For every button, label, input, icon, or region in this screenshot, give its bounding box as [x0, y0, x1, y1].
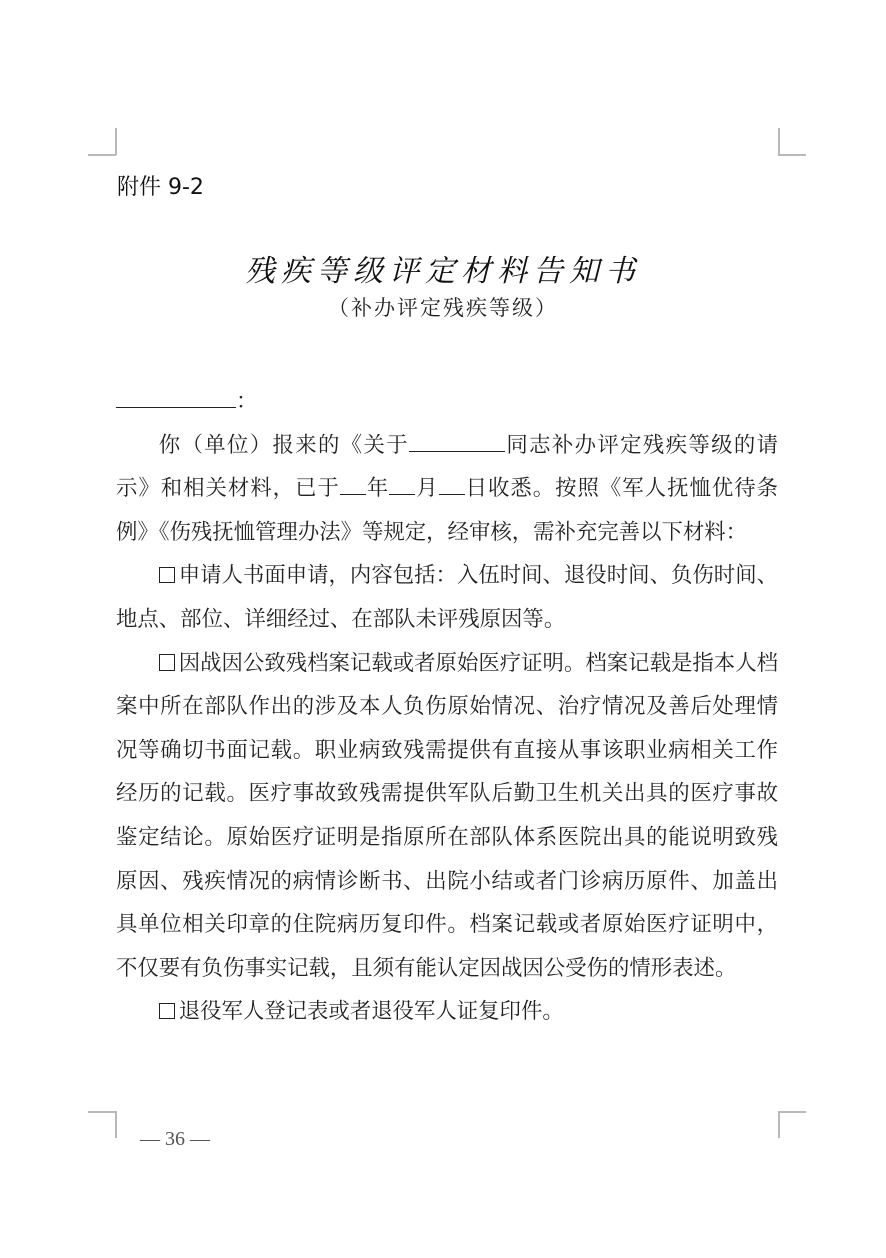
checklist-item: 申请人书面申请，内容包括：入伍时间、退役时间、负伤时间、地点、部位、详细经过、在… [116, 554, 778, 641]
page-number: — 36 — [140, 1128, 210, 1151]
intro-paragraph: 你（单位）报来的《关于同志补办评定残疾等级的请示》和相关材料，已于年月日收悉。按… [116, 424, 778, 555]
checklist-item: 退役军人登记表或者退役军人证复印件。 [116, 990, 778, 1034]
checklist-item-text: 退役军人登记表或者退役军人证复印件。 [179, 999, 564, 1024]
name-blank[interactable] [409, 429, 505, 451]
checkbox-icon[interactable] [159, 567, 176, 584]
document-subtitle: （补办评定残疾等级） [0, 292, 886, 322]
document-body: ： 你（单位）报来的《关于同志补办评定残疾等级的请示》和相关材料，已于年月日收悉… [116, 380, 778, 1034]
year-blank[interactable] [340, 473, 366, 495]
month-blank[interactable] [389, 473, 415, 495]
month-label: 月 [415, 476, 438, 501]
crop-mark-bottom-left-v [115, 1111, 117, 1138]
crop-mark-top-left-v [115, 128, 117, 155]
crop-mark-bottom-right-h [778, 1111, 806, 1113]
day-blank[interactable] [439, 473, 465, 495]
checkbox-icon[interactable] [159, 1003, 176, 1020]
year-label: 年 [366, 476, 389, 501]
salutation-colon: ： [236, 389, 257, 414]
crop-mark-bottom-right-v [778, 1111, 780, 1138]
checkbox-icon[interactable] [159, 654, 176, 671]
intro-text-1: 你（单位）报来的《关于 [159, 433, 409, 458]
recipient-blank[interactable] [116, 386, 236, 408]
salutation: ： [116, 380, 778, 424]
checklist-item-text: 申请人书面申请，内容包括：入伍时间、退役时间、负伤时间、地点、部位、详细经过、在… [116, 563, 778, 632]
checklist-item-text: 因战因公致残档案记载或者原始医疗证明。档案记载是指本人档案中所在部队作出的涉及本… [116, 651, 778, 981]
checklist-item: 因战因公致残档案记载或者原始医疗证明。档案记载是指本人档案中所在部队作出的涉及本… [116, 642, 778, 991]
crop-mark-bottom-left-h [88, 1111, 116, 1113]
crop-mark-top-right-h [778, 154, 806, 156]
attachment-label: 附件 9-2 [117, 170, 204, 201]
crop-mark-top-right-v [778, 128, 780, 155]
crop-mark-top-left-h [88, 154, 116, 156]
document-title: 残疾等级评定材料告知书 [0, 246, 886, 290]
